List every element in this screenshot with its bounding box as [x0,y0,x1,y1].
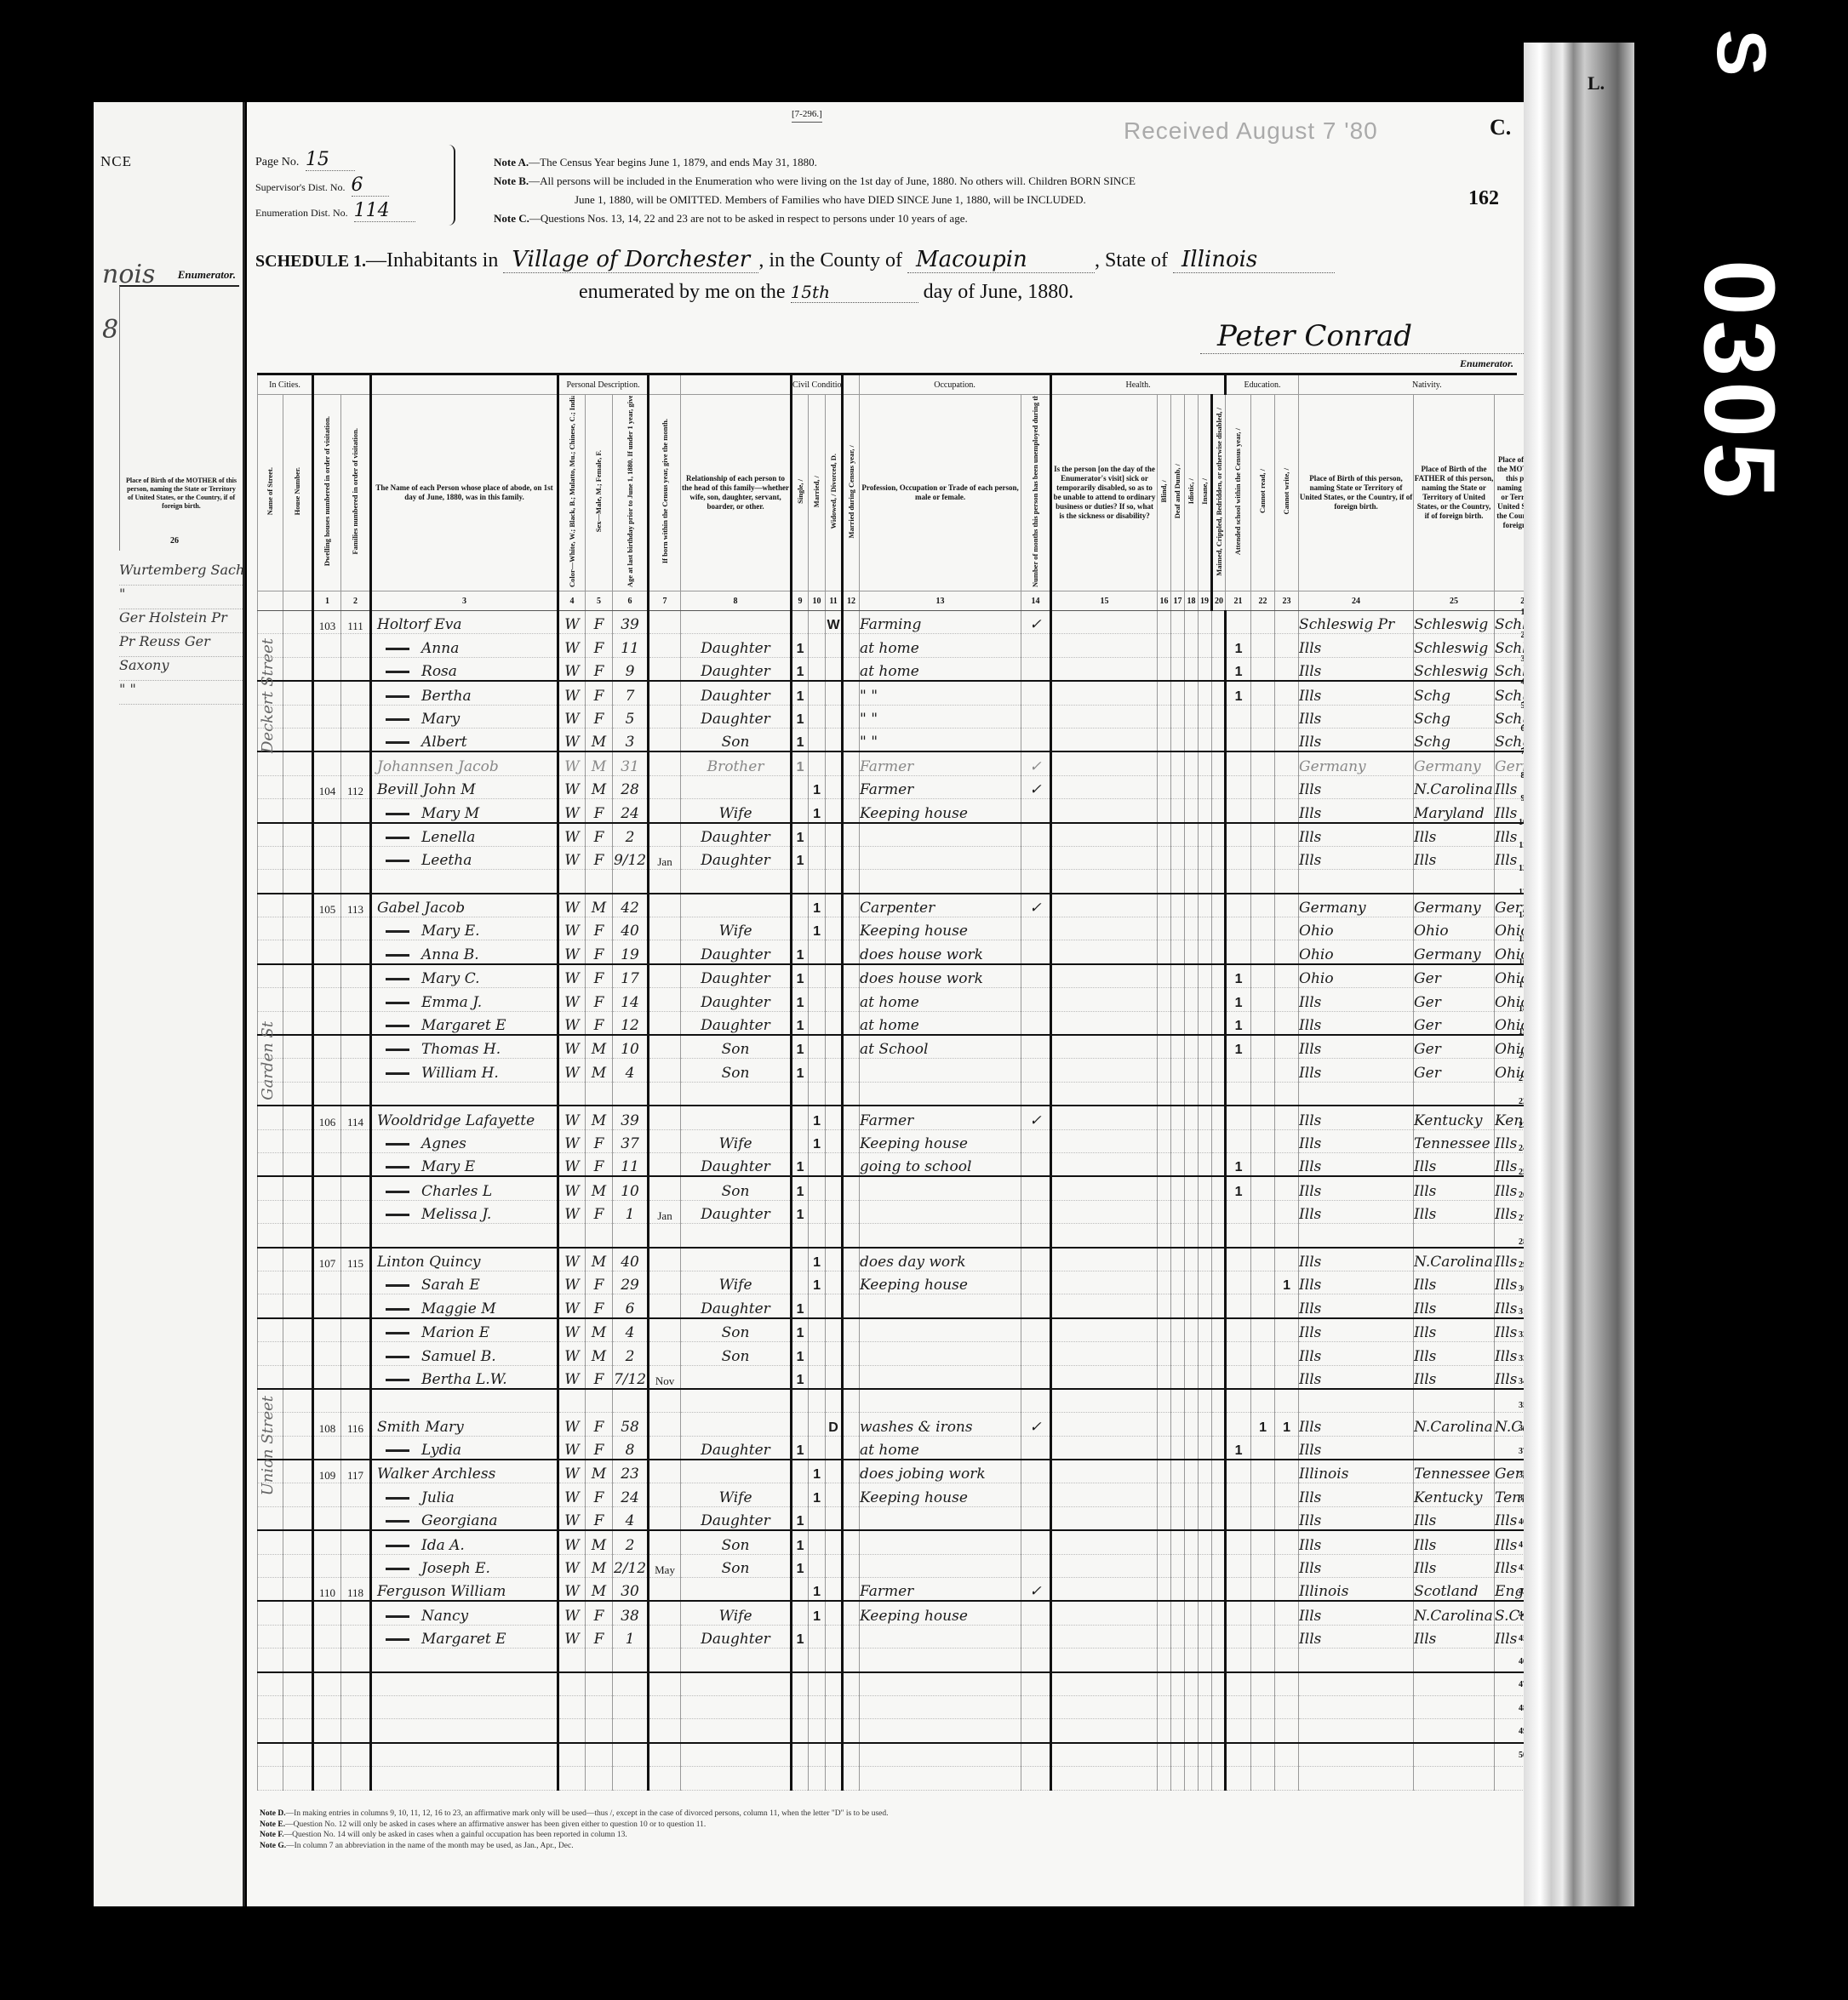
cell-read [1251,988,1275,1011]
cell-school [1226,1460,1251,1483]
column-number: 21 [1226,591,1251,611]
cell-empty [1051,1106,1158,1129]
enumeration-value: 114 [354,200,415,222]
cell-empty [258,775,283,798]
cell-color [558,1224,586,1248]
cell-empty [1212,775,1226,798]
cell-empty [1051,634,1158,657]
cell-widowed [826,1224,843,1248]
cell-empty [1185,1413,1199,1436]
cell-month [649,611,681,634]
cell-married [809,940,826,964]
cell-empty [258,917,283,940]
cell-write [1275,705,1299,728]
ditto-dash [386,1497,409,1500]
cell-sex [586,870,613,894]
cell-empty [1199,1365,1212,1389]
cell-occupation: at home [860,634,1021,657]
cell-month [649,1342,681,1365]
person-name: Julia [421,1489,455,1506]
cell-name: Ida A. [371,1530,558,1554]
cell-relation [681,775,792,798]
column-number: 11 [826,591,843,611]
cell-single: 1 [792,1011,809,1035]
cell-birth: Ills [1299,728,1414,751]
cell-empty [1199,940,1212,964]
cell-empty [1185,1342,1199,1365]
cell-empty [1185,1436,1199,1460]
cell-empty [1158,964,1171,988]
cell-family [341,1743,371,1767]
cell-family [341,1365,371,1389]
cell-father: Ger [1414,1035,1495,1059]
cell-empty [1199,870,1212,894]
cell-relation: Daughter [681,1011,792,1035]
person-name: Walker Archless [377,1466,495,1483]
cell-single [792,1248,809,1271]
cell-relation: Daughter [681,634,792,657]
cell-read [1251,1129,1275,1152]
cell-month [649,1318,681,1342]
cell-name: Leetha [371,846,558,869]
film-letter: S [1701,2,1781,104]
cell-age: 3 [613,728,649,751]
cell-empty [283,1625,313,1648]
cell-empty [1212,917,1226,940]
cell-single: 1 [792,1554,809,1577]
cell-name: William H. [371,1059,558,1082]
cell-empty [1199,1318,1212,1342]
cell-relation [681,1767,792,1790]
cell-single: 1 [792,705,809,728]
cell-empty [843,917,860,940]
column-header-24: Place of Birth of this person, naming St… [1299,395,1414,591]
table-row: RosaWF9Daughter1at home1IllsSchleswigSch… [258,657,1555,681]
cell-empty [843,775,860,798]
cell-father: Ger [1414,964,1495,988]
enumeration-day: 15th [791,282,918,303]
cell-name: Mary C. [371,964,558,988]
cell-age: 23 [613,1460,649,1483]
person-name: Wooldridge Lafayette [377,1112,535,1129]
cell-single [792,799,809,823]
cell-birth: Illinois [1299,1578,1414,1602]
cell-empty [1212,1365,1226,1389]
cell-month [649,870,681,894]
cell-empty [1212,940,1226,964]
person-name: Mary E. [421,923,480,940]
cell-family [341,1389,371,1413]
cell-name: Charles L [371,1176,558,1200]
cell-name: Albert [371,728,558,751]
cell-month [649,751,681,775]
cell-father: Kentucky [1414,1106,1495,1129]
cell-father: Ills [1414,846,1495,869]
cell-relation: Brother [681,751,792,775]
cell-sex [586,1224,613,1248]
cell-birth: Ohio [1299,964,1414,988]
left-page-entry: Pr Reuss Ger [119,633,243,657]
cell-color: W [558,940,586,964]
cell-birth [1299,1082,1414,1106]
cell-dwelling [313,846,341,869]
table-row: Samuel B.WM2Son1IllsIllsIlls [258,1342,1555,1365]
cell-empty [843,1035,860,1059]
cell-family: 115 [341,1248,371,1271]
cell-birth: Ills [1299,1248,1414,1271]
cell-empty [1171,1460,1185,1483]
cell-empty [843,1460,860,1483]
column-number: 22 [1251,591,1275,611]
cell-empty [283,634,313,657]
group-in-cities: In Cities. [258,375,313,395]
cell-empty [1171,1059,1185,1082]
cell-empty [1212,705,1226,728]
cell-dwelling [313,1342,341,1365]
cell-empty [1185,1719,1199,1743]
cell-empty [843,799,860,823]
cell-school: 1 [1226,634,1251,657]
cell-occ-check [1021,1530,1051,1554]
cell-dwelling: 105 [313,894,341,917]
cell-empty [1158,1082,1171,1106]
cell-month [649,1601,681,1625]
cell-write [1275,823,1299,847]
cell-month [649,1625,681,1648]
column-header-4: Color—White, W.; Black, B.; Mulatto, Mu.… [558,395,586,591]
cell-empty [1158,1318,1171,1342]
cell-family [341,728,371,751]
cell-sex: M [586,775,613,798]
cell-read [1251,1082,1275,1106]
cell-relation [681,1578,792,1602]
cell-color: W [558,1152,586,1176]
cell-empty [1199,1672,1212,1696]
cell-occ-check [1021,1248,1051,1271]
cell-empty [1158,1530,1171,1554]
cell-family [341,1152,371,1176]
cell-family [341,1035,371,1059]
cell-occ-check [1021,1224,1051,1248]
cell-read [1251,775,1275,798]
cell-dwelling [313,1011,341,1035]
cell-color: W [558,1554,586,1577]
enumerator-label: Enumerator. [1460,357,1513,370]
cell-age: 24 [613,799,649,823]
table-row: LenellaWF2Daughter1IllsIllsIlls [258,823,1555,847]
cell-empty [1185,988,1199,1011]
cell-widowed [826,775,843,798]
cell-sex: F [586,988,613,1011]
cell-sex [586,1082,613,1106]
cell-empty [843,988,860,1011]
cell-empty [1199,1082,1212,1106]
cell-occupation: Farmer [860,751,1021,775]
cell-read [1251,823,1275,847]
cell-empty [843,1176,860,1200]
cell-empty [1051,1248,1158,1271]
column-number: 8 [681,591,792,611]
cell-read [1251,1271,1275,1294]
cell-name: Mary E [371,1152,558,1176]
cell-empty [1051,917,1158,940]
column-number: 12 [843,591,860,611]
cell-widowed [826,1082,843,1106]
page-edge-stack: L. [1524,43,1634,1906]
column-header-22: Cannot read, / [1251,395,1275,591]
cell-occ-check [1021,1719,1051,1743]
cell-empty [1051,1436,1158,1460]
cell-sex: F [586,1271,613,1294]
cell-empty [1051,1011,1158,1035]
cell-empty [258,870,283,894]
cell-occupation [860,1649,1021,1672]
cell-empty [1171,870,1185,894]
cell-write [1275,988,1299,1011]
cell-empty [1051,1530,1158,1554]
cell-relation: Son [681,1176,792,1200]
cell-married [809,870,826,894]
cell-father [1414,1719,1495,1743]
cell-month [649,1389,681,1413]
cell-age [613,1719,649,1743]
cell-relation [681,894,792,917]
cell-empty [1051,705,1158,728]
cell-occupation: " " [860,728,1021,751]
cell-empty [283,1767,313,1790]
cell-occ-check [1021,1365,1051,1389]
cell-dwelling [313,1365,341,1389]
cell-write [1275,1436,1299,1460]
cell-father: Schleswig [1414,634,1495,657]
cell-family [341,799,371,823]
column-number: 5 [586,591,613,611]
street-name: Deckert Street [259,638,277,753]
cell-married: 1 [809,1578,826,1602]
cell-empty [843,1767,860,1790]
cell-age [613,1767,649,1790]
cell-empty [1171,1530,1185,1554]
cell-empty [1158,1578,1171,1602]
cell-read [1251,940,1275,964]
person-name: Ferguson William [377,1583,506,1600]
ditto-dash [386,1520,409,1523]
cell-read [1251,1365,1275,1389]
cell-empty [1051,964,1158,988]
cell-married [809,1554,826,1577]
cell-read [1251,1200,1275,1223]
cell-empty [1051,988,1158,1011]
cell-color [558,1743,586,1767]
person-name: Johannsen Jacob [377,758,499,775]
cell-empty [1212,1389,1226,1413]
cell-name: Mary E. [371,917,558,940]
cell-empty [283,823,313,847]
cell-birth: Ills [1299,657,1414,681]
group-occupation: Occupation. [860,375,1051,395]
cell-sex: M [586,1342,613,1365]
place-value: Village of Dorchester [503,247,758,273]
cell-empty [1171,751,1185,775]
cell-write [1275,1294,1299,1318]
cell-read [1251,728,1275,751]
cell-read [1251,705,1275,728]
microfilm-label: S 0305 [1690,13,1809,93]
cell-married [809,1318,826,1342]
cell-color: W [558,1601,586,1625]
cell-father: Schg [1414,728,1495,751]
cell-birth: Ills [1299,1059,1414,1082]
cell-empty [1158,1649,1171,1672]
cell-dwelling [313,1601,341,1625]
ditto-dash [386,1449,409,1452]
cell-empty [1212,1342,1226,1365]
table-row: BerthaWF7Daughter1" "1IllsSchgSchg [258,681,1555,705]
cell-empty [258,1625,283,1648]
cell-occ-check [1021,1271,1051,1294]
cell-name: Johannsen Jacob [371,751,558,775]
cell-empty [1199,1106,1212,1129]
cell-occ-check [1021,634,1051,657]
cell-color: W [558,1436,586,1460]
cell-write [1275,1743,1299,1767]
cell-sex: M [586,1460,613,1483]
cell-month [649,1578,681,1602]
cell-empty [258,1530,283,1554]
cell-school [1226,1318,1251,1342]
cell-empty [1199,1436,1212,1460]
cell-birth [1299,1767,1414,1790]
table-row: LeethaWF9/12JanDaughter1IllsIllsIlls [258,846,1555,869]
cell-name: Julia [371,1483,558,1506]
ditto-dash [386,1072,409,1075]
cell-dwelling: 104 [313,775,341,798]
cell-relation: Daughter [681,823,792,847]
cell-school [1226,1743,1251,1767]
cell-empty [1051,1649,1158,1672]
cell-color: W [558,1342,586,1365]
cell-family [341,1318,371,1342]
cell-single: 1 [792,681,809,705]
cell-occupation [860,1554,1021,1577]
cell-relation: Daughter [681,988,792,1011]
cell-relation [681,1224,792,1248]
cell-father: Tennessee [1414,1129,1495,1152]
cell-empty [283,681,313,705]
cell-empty [1185,1035,1199,1059]
cell-empty [258,1601,283,1625]
cell-married [809,1294,826,1318]
cell-empty [1171,940,1185,964]
cell-empty [1212,1554,1226,1577]
table-row [258,1719,1555,1743]
cell-widowed [826,1483,843,1506]
table-row: Mary EWF11Daughter1going to school1IllsI… [258,1152,1555,1176]
cell-empty [1212,1106,1226,1129]
cell-relation: Wife [681,1271,792,1294]
column-number: 25 [1414,591,1495,611]
cell-family: 112 [341,775,371,798]
cell-empty [283,870,313,894]
cell-empty [1051,1460,1158,1483]
cell-birth: Ills [1299,1318,1414,1342]
cell-sex: F [586,1129,613,1152]
cell-birth: Germany [1299,751,1414,775]
cell-name: Mary M [371,799,558,823]
cell-empty [1185,894,1199,917]
cell-school: 1 [1226,1035,1251,1059]
street-name: Garden St [259,1021,277,1100]
cell-empty [1171,1035,1185,1059]
cell-age: 9 [613,657,649,681]
table-row [258,1389,1555,1413]
cell-widowed [826,917,843,940]
cell-empty [1171,1271,1185,1294]
cell-read [1251,1294,1275,1318]
cell-dwelling [313,1719,341,1743]
district-info: Page No. 15 Supervisor's Dist. No. 6 Enu… [255,149,451,226]
page-number-row: Page No. 15 [255,149,451,174]
cell-empty [283,1413,313,1436]
cell-read [1251,799,1275,823]
cell-empty [843,1530,860,1554]
cell-empty [283,1294,313,1318]
cell-read [1251,1530,1275,1554]
cell-married [809,1767,826,1790]
cell-month [649,1530,681,1554]
cell-widowed [826,1649,843,1672]
cell-empty [1051,1625,1158,1648]
cell-write [1275,1035,1299,1059]
cell-write [1275,1200,1299,1223]
cell-dwelling [313,657,341,681]
cell-empty [1185,611,1199,634]
cell-color: W [558,1578,586,1602]
cell-school [1226,728,1251,751]
cell-color [558,1389,586,1413]
cell-father [1414,1672,1495,1696]
ditto-dash [386,930,409,933]
cell-school: 1 [1226,1176,1251,1200]
cell-widowed [826,988,843,1011]
cell-read [1251,1625,1275,1648]
cell-sex: F [586,681,613,705]
table-row: Charles LWM10Son11IllsIllsIlls [258,1176,1555,1200]
cell-write [1275,1460,1299,1483]
cell-write [1275,1248,1299,1271]
cell-married [809,1672,826,1696]
cell-widowed [826,823,843,847]
cell-write [1275,1506,1299,1530]
cell-color: W [558,1625,586,1648]
person-name: Agnes [421,1135,466,1152]
cell-school [1226,940,1251,964]
cell-empty [1158,1389,1171,1413]
cell-occ-check [1021,1176,1051,1200]
cell-empty [1212,1129,1226,1152]
cell-birth [1299,1672,1414,1696]
cell-empty [1199,1460,1212,1483]
county-value: Macoupin [907,247,1095,273]
cell-empty [1199,611,1212,634]
cell-birth: Ills [1299,1365,1414,1389]
cell-dwelling [313,1224,341,1248]
cell-father [1414,1436,1495,1460]
cell-single: 1 [792,1200,809,1223]
cell-married: 1 [809,1129,826,1152]
cell-age [613,1695,649,1718]
left-page-heading-fragment: NCE [100,153,132,170]
